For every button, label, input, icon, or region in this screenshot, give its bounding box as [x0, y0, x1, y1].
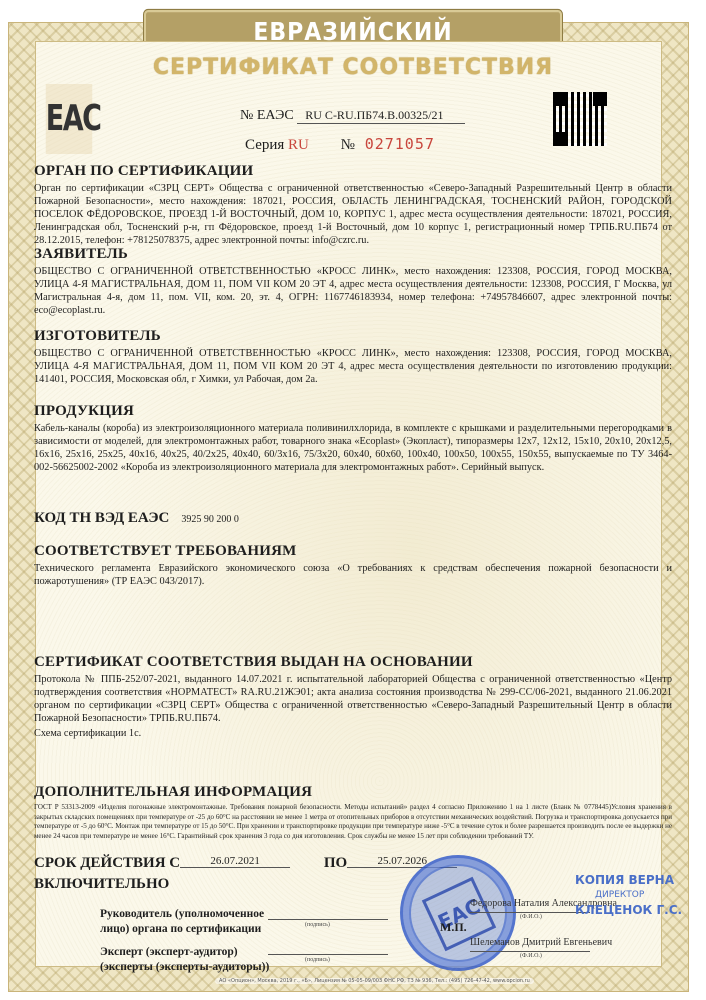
section-code: КОД ТН ВЭД ЕАЭС3925 90 200 0 [34, 510, 672, 527]
code-value: 3925 90 200 0 [181, 514, 239, 525]
head-name-line [470, 911, 590, 913]
valid-to-label: ПО [324, 855, 347, 871]
section-text: Протокола № ППБ-252/07-2021, выданного 1… [34, 673, 672, 725]
number-label: № ЕАЭС [240, 108, 294, 123]
valid-from-value: 26.07.2021 [180, 855, 290, 868]
series-value: RU [288, 137, 309, 153]
section-text: Орган по сертификации «СЗРЦ СЕРТ» Общест… [34, 182, 672, 247]
section-title: СЕРТИФИКАТ СООТВЕТСТВИЯ ВЫДАН НА ОСНОВАН… [34, 654, 672, 671]
eac-logo-icon: ЕАС [46, 84, 93, 154]
name-caption: (Ф.И.О.) [520, 953, 542, 959]
section-title: СООТВЕТСТВУЕТ ТРЕБОВАНИЯМ [34, 543, 672, 560]
printer-imprint: АО «Опцион», Москва, 2019 г., «Б», Лицен… [215, 978, 534, 984]
blank-number-value: 0271057 [365, 135, 435, 153]
head-signature-line [268, 918, 388, 920]
certificate-title: СЕРТИФИКАТ СООТВЕТСТВИЯ [0, 55, 706, 80]
blank-number-label: № [341, 137, 355, 153]
section-text: ОБЩЕСТВО С ОГРАНИЧЕННОЙ ОТВЕТСТВЕННОСТЬЮ… [34, 347, 672, 386]
head-label-line1: Руководитель (уполномоченное [100, 907, 264, 922]
section-title: ОРГАН ПО СЕРТИФИКАЦИИ [34, 163, 672, 180]
signature-caption: (подпись) [305, 957, 330, 963]
series-label: Серия [245, 137, 284, 153]
section-text: Кабель-каналы (короба) из электроизоляци… [34, 422, 672, 474]
copy-stamp-line3: КЛЕЦЕНОК Г.С. [575, 903, 682, 918]
expert-label: Эксперт (эксперт-аудитор) (эксперты (экс… [100, 945, 269, 975]
expert-label-line1: Эксперт (эксперт-аудитор) [100, 945, 269, 960]
valid-from-label: СРОК ДЕЙСТВИЯ С [34, 855, 180, 871]
name-caption: (Ф.И.О.) [520, 914, 542, 920]
section-text: ОБЩЕСТВО С ОГРАНИЧЕННОЙ ОТВЕТСТВЕННОСТЬЮ… [34, 265, 672, 317]
copy-stamp-line2: ДИРЕКТОР [595, 888, 682, 903]
section-requirements: СООТВЕТСТВУЕТ ТРЕБОВАНИЯМ Технического р… [34, 543, 672, 588]
seal-stamp-icon: ЕАС [400, 855, 516, 971]
section-text: Технического регламента Евразийского эко… [34, 562, 672, 588]
section-basis: СЕРТИФИКАТ СООТВЕТСТВИЯ ВЫДАН НА ОСНОВАН… [34, 654, 672, 740]
code-label: КОД ТН ВЭД ЕАЭС [34, 510, 169, 526]
section-product: ПРОДУКЦИЯ Кабель-каналы (короба) из элек… [34, 403, 672, 474]
validity-period: СРОК ДЕЙСТВИЯ С26.07.2021 ПО25.07.2026 В… [34, 855, 457, 893]
head-label: Руководитель (уполномоченное лицо) орган… [100, 907, 264, 937]
section-title: ИЗГОТОВИТЕЛЬ [34, 328, 672, 345]
expert-name-line [470, 950, 590, 952]
section-text: ГОСТ Р 53313-2009 «Изделия погонажные эл… [34, 803, 672, 841]
certification-scheme: Схема сертификации 1с. [34, 727, 672, 740]
section-title: ПРОДУКЦИЯ [34, 403, 672, 420]
copy-stamp-line1: КОПИЯ ВЕРНА [575, 873, 682, 888]
section-additional: ДОПОЛНИТЕЛЬНАЯ ИНФОРМАЦИЯ ГОСТ Р 53313-2… [34, 784, 672, 841]
section-manufacturer: ИЗГОТОВИТЕЛЬ ОБЩЕСТВО С ОГРАНИЧЕННОЙ ОТВ… [34, 328, 672, 386]
inclusive-label: ВКЛЮЧИТЕЛЬНО [34, 876, 457, 893]
expert-signature-line [268, 953, 388, 955]
expert-label-line2: (эксперты (эксперты-аудиторы)) [100, 960, 269, 975]
number-value: RU С-RU.ПБ74.В.00325/21 [297, 108, 465, 124]
section-title: ДОПОЛНИТЕЛЬНАЯ ИНФОРМАЦИЯ [34, 784, 672, 801]
section-title: ЗАЯВИТЕЛЬ [34, 246, 672, 263]
signature-caption: (подпись) [305, 922, 330, 928]
certificate-number: № ЕАЭС RU С-RU.ПБ74.В.00325/21 [240, 108, 465, 124]
expert-name: Шелеманов Дмитрий Евгеньевич [470, 937, 612, 948]
section-organ: ОРГАН ПО СЕРТИФИКАЦИИ Орган по сертифика… [34, 163, 672, 247]
head-label-line2: лицо) органа по сертификации [100, 922, 264, 937]
section-applicant: ЗАЯВИТЕЛЬ ОБЩЕСТВО С ОГРАНИЧЕННОЙ ОТВЕТС… [34, 246, 672, 317]
qr-code-icon[interactable] [553, 92, 607, 146]
copy-verified-stamp: КОПИЯ ВЕРНА ДИРЕКТОР КЛЕЦЕНОК Г.С. [575, 873, 682, 918]
series-line: Серия RU № 0271057 [245, 135, 435, 154]
seal-label: М.П. [440, 920, 467, 935]
